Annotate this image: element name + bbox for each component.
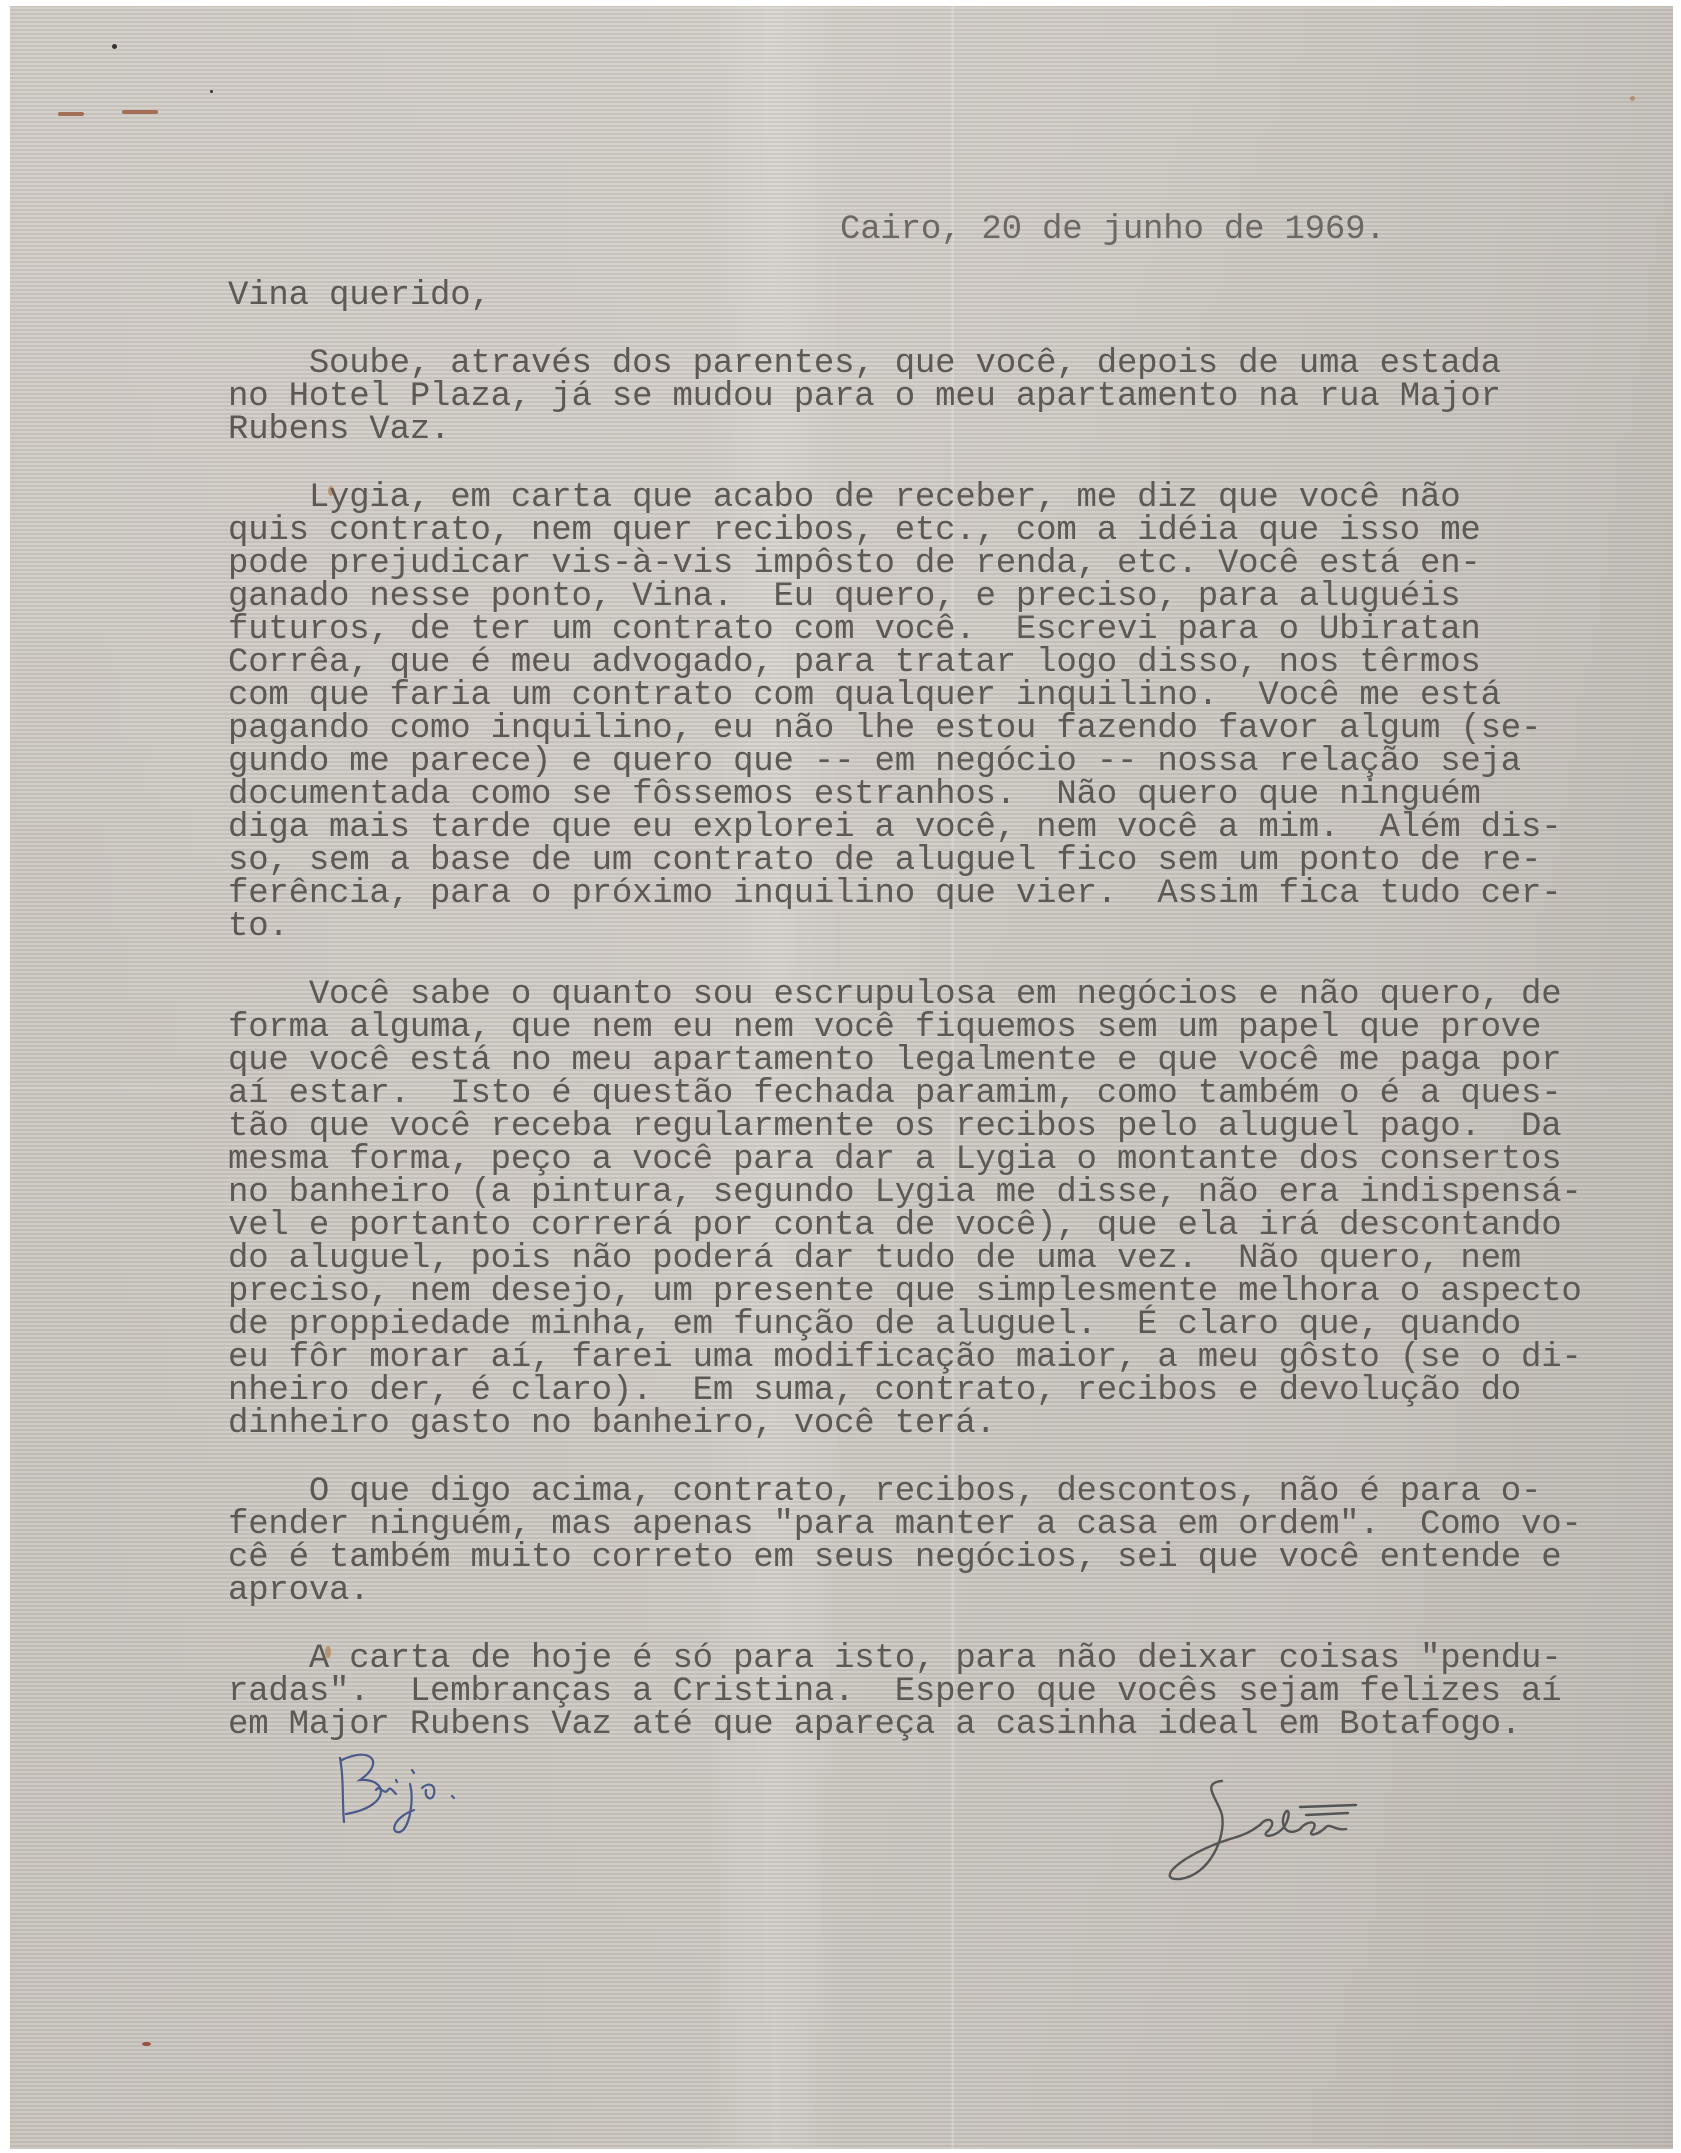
letter-line: quis contrato, nem quer recibos, etc., c… [228, 515, 1481, 548]
letter-line: que você está no meu apartamento legalme… [228, 1045, 1561, 1078]
letter-line: documentada como se fôssemos estranhos. … [228, 779, 1481, 812]
letter-line: gundo me parece) e quero que -- em negóc… [228, 746, 1521, 779]
letter-line: pode prejudicar vis-à-vis impôsto de ren… [228, 548, 1481, 581]
letter-line: dinheiro gasto no banheiro, você terá. [228, 1408, 996, 1441]
letter-line: em Major Rubens Vaz até que apareça a ca… [228, 1709, 1521, 1742]
letter-line: pagando como inquilino, eu não lhe estou… [228, 713, 1541, 746]
letter-salutation: Vina querido, [228, 280, 491, 313]
letter-line: Você sabe o quanto sou escrupulosa em ne… [228, 979, 1561, 1012]
letter-line: Soube, através dos parentes, que você, d… [228, 348, 1501, 381]
letter-line: aprova. [228, 1575, 369, 1608]
letter-line: de proppiedade minha, em função de alugu… [228, 1309, 1521, 1342]
rust-mark [122, 110, 158, 114]
letter-line: forma alguma, que nem eu nem você fiquem… [228, 1012, 1541, 1045]
letter-line: Corrêa, que é meu advogado, para tratar … [228, 647, 1481, 680]
handwritten-closing: Beijo. [330, 1740, 570, 1854]
rust-mark [58, 112, 84, 116]
letter-line: fender ninguém, mas apenas "para manter … [228, 1509, 1582, 1542]
letter-line: tão que você receba regularmente os reci… [228, 1111, 1561, 1144]
letter-line: Lygia, em carta que acabo de receber, me… [228, 482, 1460, 515]
letter-line: cê é também muito correto em seus negóci… [228, 1542, 1561, 1575]
letter-line: com que faria um contrato com qualquer i… [228, 680, 1501, 713]
ink-speck [112, 44, 117, 49]
letter-line: futuros, de ter um contrato com você. Es… [228, 614, 1481, 647]
foxing-spot [142, 2042, 151, 2046]
letter-line: no banheiro (a pintura, segundo Lygia me… [228, 1177, 1582, 1210]
letter-line: mesma forma, peço a você para dar a Lygi… [228, 1144, 1561, 1177]
letter-line: aí estar. Isto é questão fechada paramim… [228, 1078, 1561, 1111]
letter-line: do aluguel, pois não poderá dar tudo de … [228, 1243, 1521, 1276]
letter-line: A carta de hoje é só para isto, para não… [228, 1643, 1561, 1676]
letter-line: ferência, para o próximo inquilino que v… [228, 878, 1561, 911]
letter-line: radas". Lembranças a Cristina. Espero qu… [228, 1676, 1561, 1709]
letter-line: preciso, nem desejo, um presente que sim… [228, 1276, 1582, 1309]
letter-line: O que digo acima, contrato, recibos, des… [228, 1476, 1541, 1509]
letter-line: diga mais tarde que eu explorei a você, … [228, 812, 1561, 845]
letter-line: eu fôr morar aí, farei uma modificação m… [228, 1342, 1582, 1375]
letter-line: nheiro der, é claro). Em suma, contrato,… [228, 1375, 1521, 1408]
letter-dateline: Cairo, 20 de junho de 1969. [840, 214, 1386, 247]
letter-line: Rubens Vaz. [228, 414, 450, 447]
letter-line: to. [228, 911, 289, 944]
ink-speck [210, 90, 213, 93]
foxing-spot [1630, 96, 1635, 101]
letter-line: no Hotel Plaza, já se mudou para o meu a… [228, 381, 1501, 414]
handwritten-signature: Lota [1160, 1775, 1420, 1889]
letter-line: so, sem a base de um contrato de aluguel… [228, 845, 1541, 878]
letter-line: ganado nesse ponto, Vina. Eu quero, e pr… [228, 581, 1460, 614]
letter-line: vel e portanto correrá por conta de você… [228, 1210, 1561, 1243]
